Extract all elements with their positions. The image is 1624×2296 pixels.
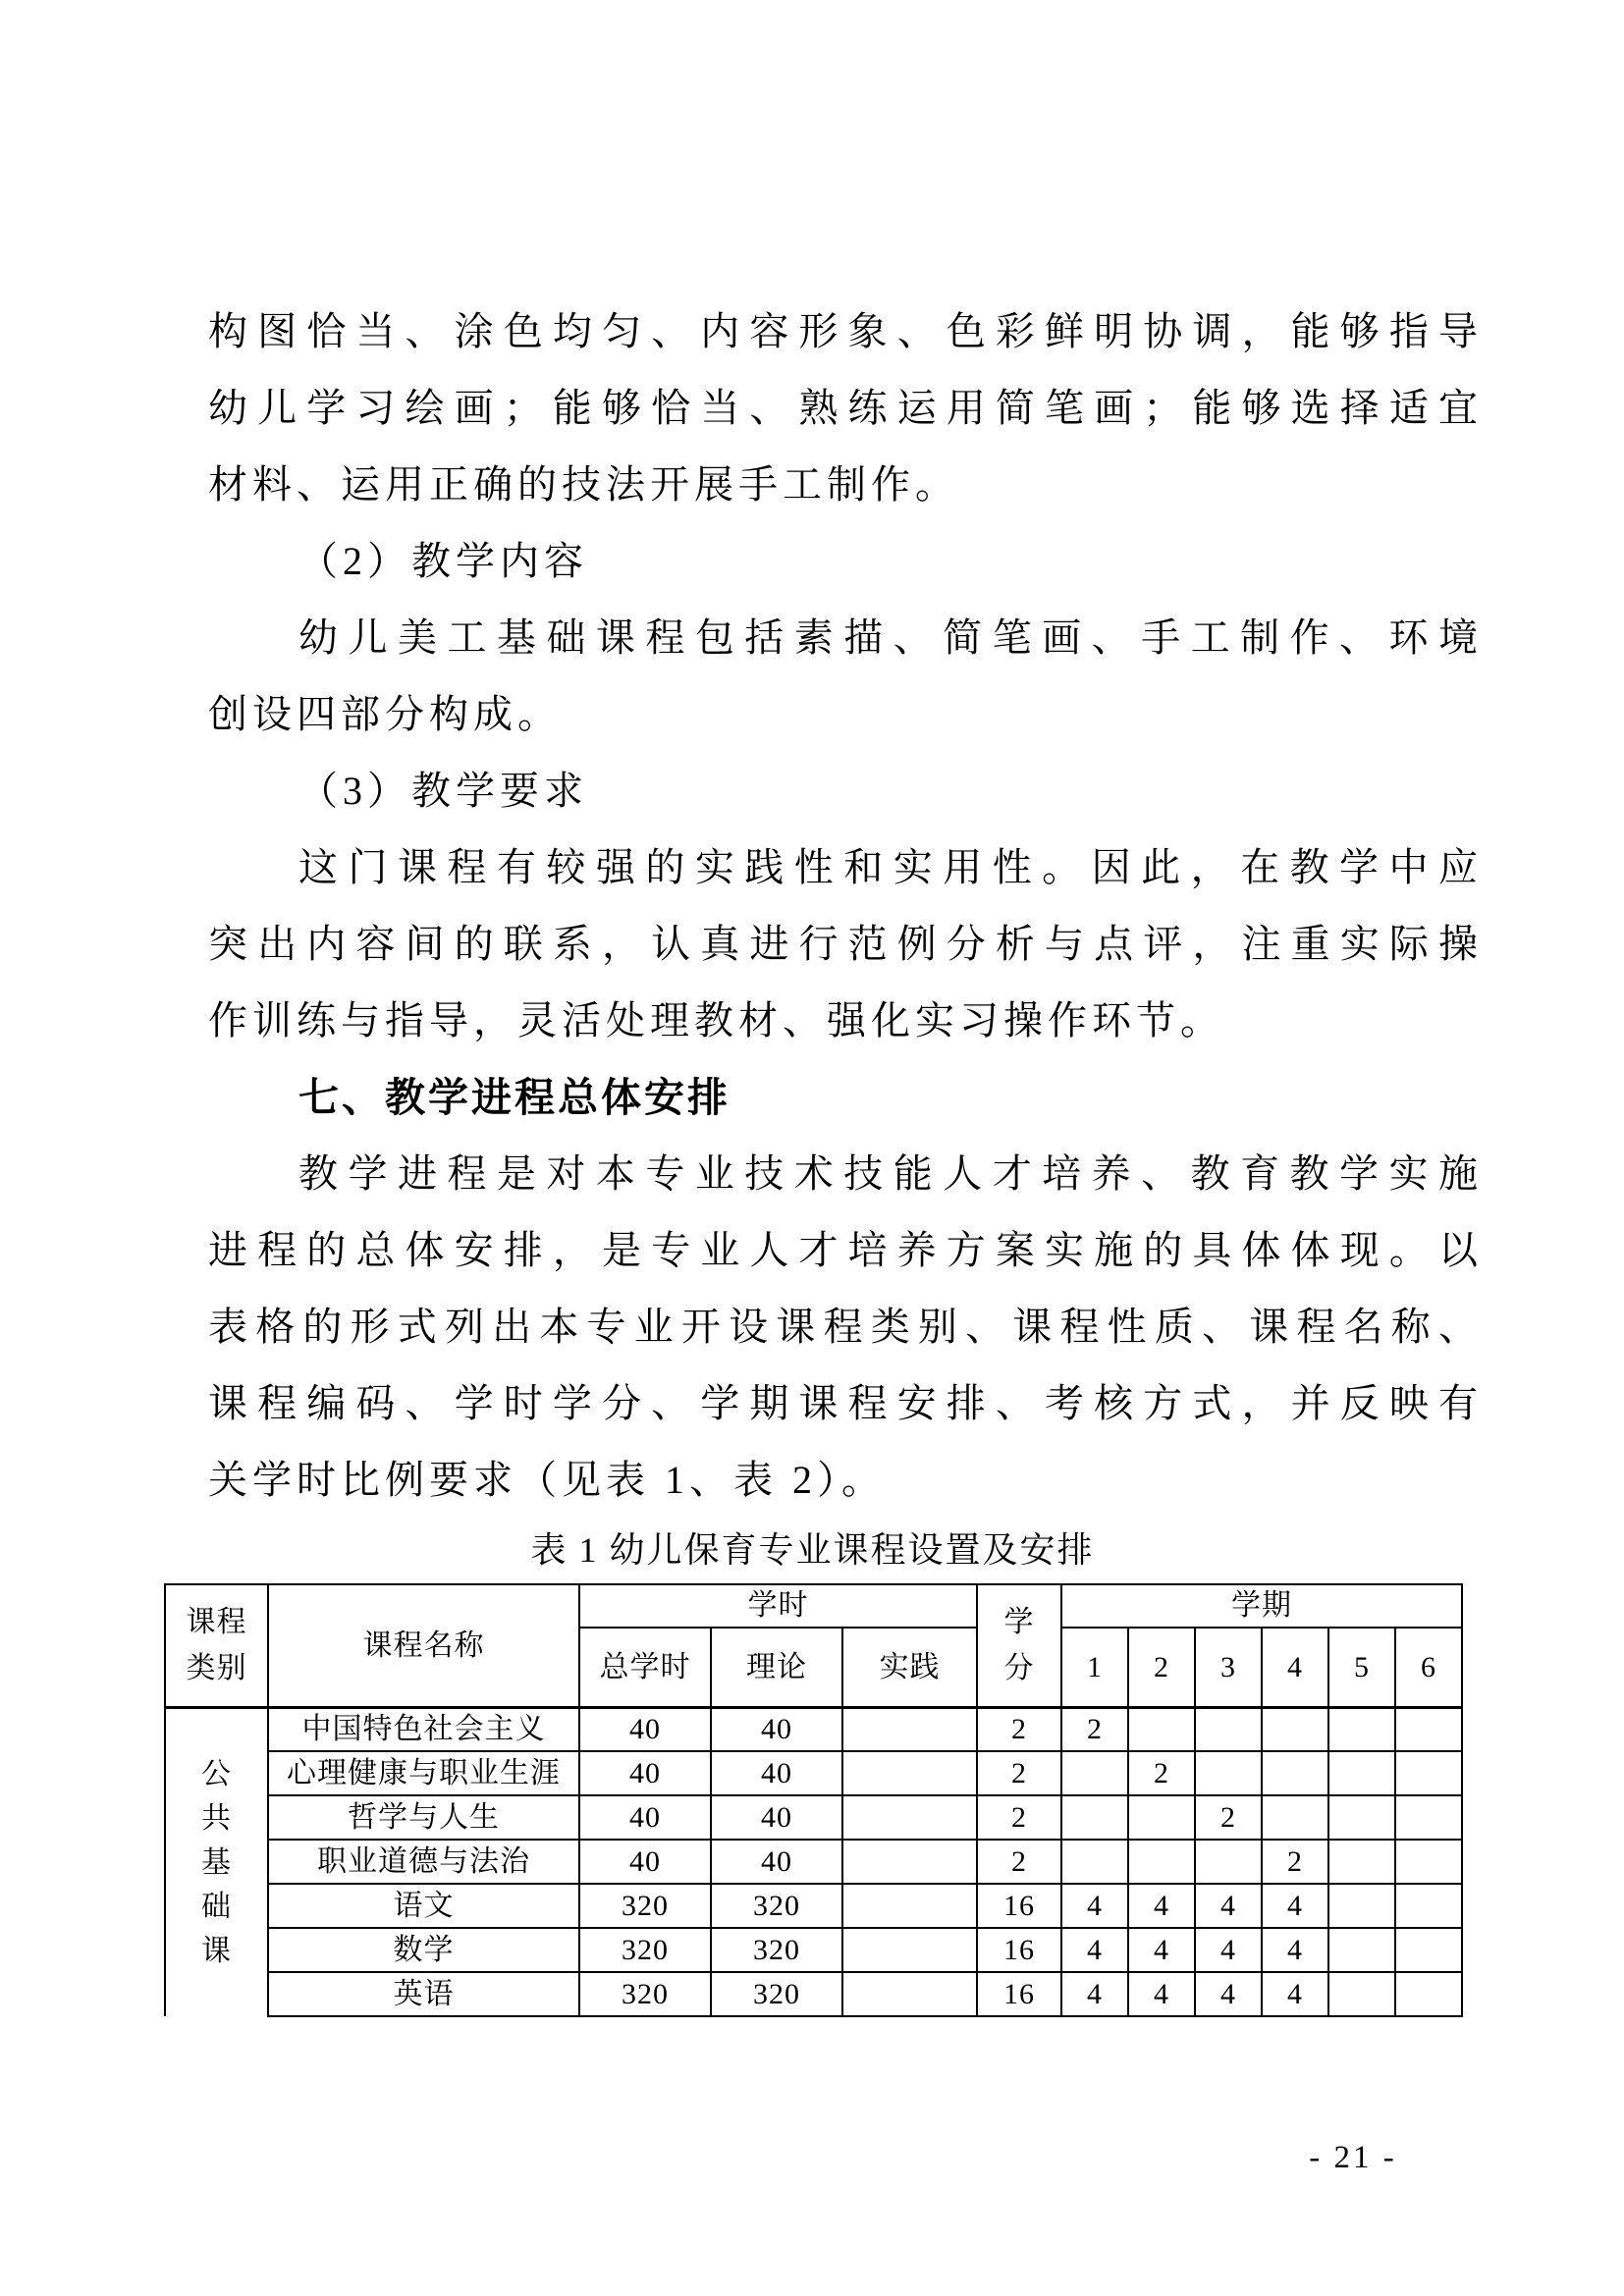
sem-4: 4: [1262, 1928, 1328, 1972]
sem-2: 2: [1128, 1751, 1195, 1795]
total-hours: 320: [579, 1928, 711, 1972]
header-semester-4: 4: [1262, 1628, 1328, 1707]
credit: 2: [977, 1795, 1061, 1840]
paragraph-line: 关学时比例要求（见表 1、表 2）。: [208, 1442, 1483, 1519]
document-page: 构图恰当、涂色均匀、内容形象、色彩鲜明协调，能够指导 幼儿学习绘画；能够恰当、熟…: [0, 0, 1624, 2296]
sem-5: [1328, 1840, 1395, 1884]
theory-hours: 320: [711, 1972, 842, 2016]
practice-hours: [842, 1840, 977, 1884]
credit: 2: [977, 1751, 1061, 1795]
paragraph-line: 表格的形式列出本专业开设课程类别、课程性质、课程名称、: [208, 1289, 1483, 1365]
header-hours-group-cell: 学时: [579, 1584, 977, 1628]
sem-5: [1328, 1972, 1395, 2016]
sem-3: 4: [1195, 1972, 1262, 2016]
course-name: 职业道德与法治: [268, 1840, 579, 1884]
credit: 2: [977, 1707, 1061, 1751]
practice-hours: [842, 1751, 977, 1795]
theory-hours: 40: [711, 1751, 842, 1795]
sem-3: 4: [1195, 1928, 1262, 1972]
sem-4: [1262, 1751, 1328, 1795]
sem-6: [1395, 1884, 1462, 1928]
sem-3: 2: [1195, 1795, 1262, 1840]
credit: 16: [977, 1884, 1061, 1928]
header-semester-1: 1: [1061, 1628, 1128, 1707]
header-practice-cell: 实践: [842, 1628, 977, 1707]
sem-4: [1262, 1707, 1328, 1751]
section-heading: 七、教学进程总体安排: [208, 1059, 1483, 1136]
sem-6: [1395, 1795, 1462, 1840]
sem-6: [1395, 1751, 1462, 1795]
table-header-row-1: 课程类别 课程名称 学时 学分 学期: [165, 1584, 1462, 1628]
total-hours: 40: [579, 1840, 711, 1884]
table-row: 英语 320 320 16 4 4 4 4: [165, 1972, 1462, 2016]
paragraph-line: 幼儿学习绘画；能够恰当、熟练运用简笔画；能够选择适宜: [208, 370, 1483, 447]
sem-5: [1328, 1928, 1395, 1972]
category-label: 公共基础课: [200, 1752, 234, 1973]
course-name: 中国特色社会主义: [268, 1707, 579, 1751]
practice-hours: [842, 1795, 977, 1840]
sem-2: 4: [1128, 1928, 1195, 1972]
paragraph-line: 构图恰当、涂色均匀、内容形象、色彩鲜明协调，能够指导: [208, 294, 1483, 370]
header-course-name-cell: 课程名称: [268, 1584, 579, 1707]
header-total-hours-cell: 总学时: [579, 1628, 711, 1707]
theory-hours: 40: [711, 1840, 842, 1884]
header-semester-6: 6: [1395, 1628, 1462, 1707]
paragraph-line: 幼儿美工基础课程包括素描、简笔画、手工制作、环境: [208, 600, 1483, 676]
header-semester-group-cell: 学期: [1061, 1584, 1462, 1628]
sem-6: [1395, 1972, 1462, 2016]
sem-5: [1328, 1884, 1395, 1928]
practice-hours: [842, 1707, 977, 1751]
paragraph-line: 作训练与指导，灵活处理教材、强化实习操作环节。: [208, 983, 1483, 1059]
total-hours: 40: [579, 1707, 711, 1751]
total-hours: 320: [579, 1972, 711, 2016]
credit: 16: [977, 1928, 1061, 1972]
sem-1: [1061, 1751, 1128, 1795]
sem-2: 4: [1128, 1884, 1195, 1928]
practice-hours: [842, 1884, 977, 1928]
sem-4: 2: [1262, 1840, 1328, 1884]
header-theory-cell: 理论: [711, 1628, 842, 1707]
table-row: 公共基础课 中国特色社会主义 40 40 2 2: [165, 1707, 1462, 1751]
header-category-label: 课程类别: [185, 1599, 249, 1691]
header-semester-2: 2: [1128, 1628, 1195, 1707]
sem-3: [1195, 1840, 1262, 1884]
course-name: 英语: [268, 1972, 579, 2016]
body-text-block: 构图恰当、涂色均匀、内容形象、色彩鲜明协调，能够指导 幼儿学习绘画；能够恰当、熟…: [208, 294, 1483, 1519]
paragraph-line: 材料、运用正确的技法开展手工制作。: [208, 447, 1483, 523]
sem-3: [1195, 1751, 1262, 1795]
sem-1: 4: [1061, 1884, 1128, 1928]
course-name: 哲学与人生: [268, 1795, 579, 1840]
credit: 2: [977, 1840, 1061, 1884]
table-row: 职业道德与法治 40 40 2 2: [165, 1840, 1462, 1884]
sem-1: [1061, 1795, 1128, 1840]
sem-5: [1328, 1707, 1395, 1751]
paragraph-line: 教学进程是对本专业技术技能人才培养、教育教学实施: [208, 1136, 1483, 1212]
sem-5: [1328, 1751, 1395, 1795]
sem-3: [1195, 1707, 1262, 1751]
practice-hours: [842, 1972, 977, 2016]
table-row: 哲学与人生 40 40 2 2: [165, 1795, 1462, 1840]
course-name: 语文: [268, 1884, 579, 1928]
practice-hours: [842, 1928, 977, 1972]
table-row: 数学 320 320 16 4 4 4 4: [165, 1928, 1462, 1972]
header-credit-label: 学分: [1002, 1599, 1036, 1691]
table-row: 语文 320 320 16 4 4 4 4: [165, 1884, 1462, 1928]
course-schedule-table: 课程类别 课程名称 学时 学分 学期 总学时 理论 实践 1 2 3 4 5 6: [164, 1583, 1463, 2017]
sem-1: 4: [1061, 1972, 1128, 2016]
sem-3: 4: [1195, 1884, 1262, 1928]
paragraph-line: 课程编码、学时学分、学期课程安排、考核方式，并反映有: [208, 1365, 1483, 1442]
sem-6: [1395, 1707, 1462, 1751]
sem-1: 2: [1061, 1707, 1128, 1751]
sem-2: [1128, 1840, 1195, 1884]
total-hours: 40: [579, 1795, 711, 1840]
table-row: 心理健康与职业生涯 40 40 2 2: [165, 1751, 1462, 1795]
course-name: 心理健康与职业生涯: [268, 1751, 579, 1795]
category-cell: 公共基础课: [165, 1707, 268, 2016]
sem-4: 4: [1262, 1972, 1328, 2016]
paragraph-line: 进程的总体安排，是专业人才培养方案实施的具体体现。以: [208, 1212, 1483, 1289]
header-credit-cell: 学分: [977, 1584, 1061, 1707]
sem-5: [1328, 1795, 1395, 1840]
paragraph-line: 这门课程有较强的实践性和实用性。因此，在教学中应: [208, 829, 1483, 906]
header-semester-5: 5: [1328, 1628, 1395, 1707]
total-hours: 40: [579, 1751, 711, 1795]
total-hours: 320: [579, 1884, 711, 1928]
page-number: - 21 -: [1279, 2140, 1427, 2176]
header-category-cell: 课程类别: [165, 1584, 268, 1707]
paragraph-line: 创设四部分构成。: [208, 676, 1483, 753]
sem-6: [1395, 1928, 1462, 1972]
header-semester-3: 3: [1195, 1628, 1262, 1707]
credit: 16: [977, 1972, 1061, 2016]
theory-hours: 40: [711, 1795, 842, 1840]
table-title: 表 1 幼儿保育专业课程设置及安排: [164, 1520, 1461, 1580]
theory-hours: 320: [711, 1928, 842, 1972]
sem-2: [1128, 1795, 1195, 1840]
sem-1: 4: [1061, 1928, 1128, 1972]
theory-hours: 320: [711, 1884, 842, 1928]
paragraph-line: （3）教学要求: [208, 753, 1483, 829]
sem-2: 4: [1128, 1972, 1195, 2016]
theory-hours: 40: [711, 1707, 842, 1751]
sem-6: [1395, 1840, 1462, 1884]
paragraph-line: 突出内容间的联系，认真进行范例分析与点评，注重实际操: [208, 906, 1483, 983]
sem-1: [1061, 1840, 1128, 1884]
paragraph-line: （2）教学内容: [208, 523, 1483, 600]
sem-2: [1128, 1707, 1195, 1751]
course-name: 数学: [268, 1928, 579, 1972]
sem-4: [1262, 1795, 1328, 1840]
sem-4: 4: [1262, 1884, 1328, 1928]
